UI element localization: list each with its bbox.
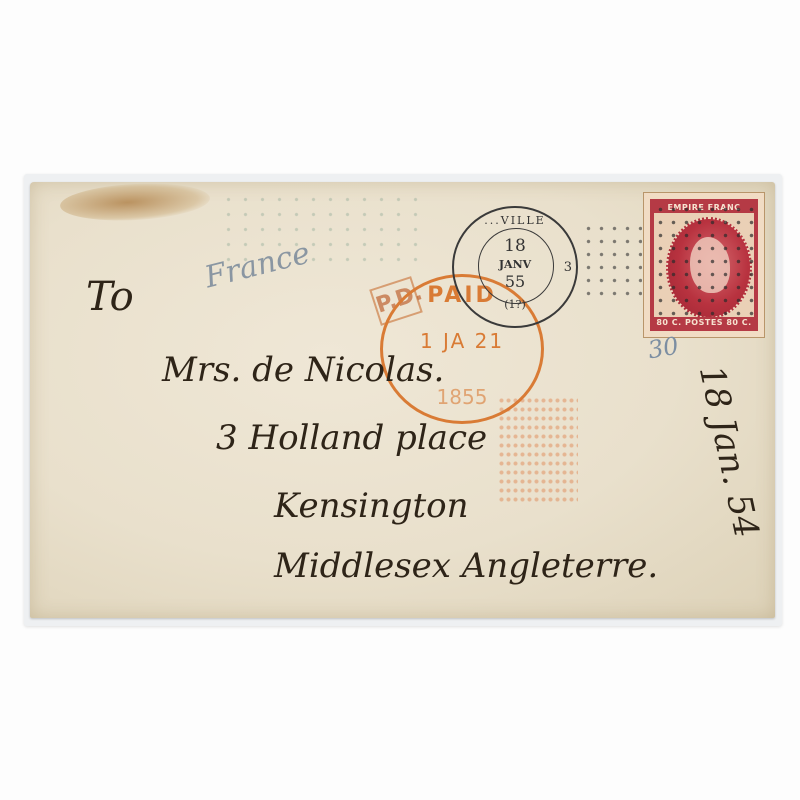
address-line-1: Mrs. de Nicolas. xyxy=(162,350,444,390)
red-ink-smudge xyxy=(498,396,578,506)
stamp-frame: EMPIRE FRANC 80 C. POSTES 80 C. xyxy=(650,199,758,331)
datestamp-number: (1?) xyxy=(454,298,576,311)
rate-note: 30 xyxy=(646,332,681,365)
address-line-2: 3 Holland place xyxy=(216,418,487,458)
black-circular-datestamp: ...VILLE 18 JANV 55 (1?) 3 xyxy=(452,206,578,328)
address-line-4: Middlesex Angleterre. xyxy=(274,546,658,586)
datestamp-side-number: 3 xyxy=(564,260,572,275)
datestamp-month: JANV xyxy=(454,258,576,271)
address-line-3: Kensington xyxy=(274,486,469,526)
stamp-bottom-text: 80 C. POSTES 80 C. xyxy=(654,317,754,328)
docket-date: 18 Jan. 54 xyxy=(691,362,766,541)
water-stain xyxy=(59,182,211,224)
postage-stamp: EMPIRE FRANC 80 C. POSTES 80 C. xyxy=(643,192,765,338)
datestamp-town: ...VILLE xyxy=(454,214,576,227)
stamp-cancel-dots xyxy=(654,203,754,327)
dotted-lozenge-cancel xyxy=(582,222,642,296)
envelope: P.D. PAID 1 JA 21 1855 ...VILLE 18 JANV … xyxy=(30,182,775,618)
datestamp-day: 18 xyxy=(454,236,576,256)
addressee-prefix: To xyxy=(86,274,134,320)
datestamp-year: 55 xyxy=(454,272,576,291)
